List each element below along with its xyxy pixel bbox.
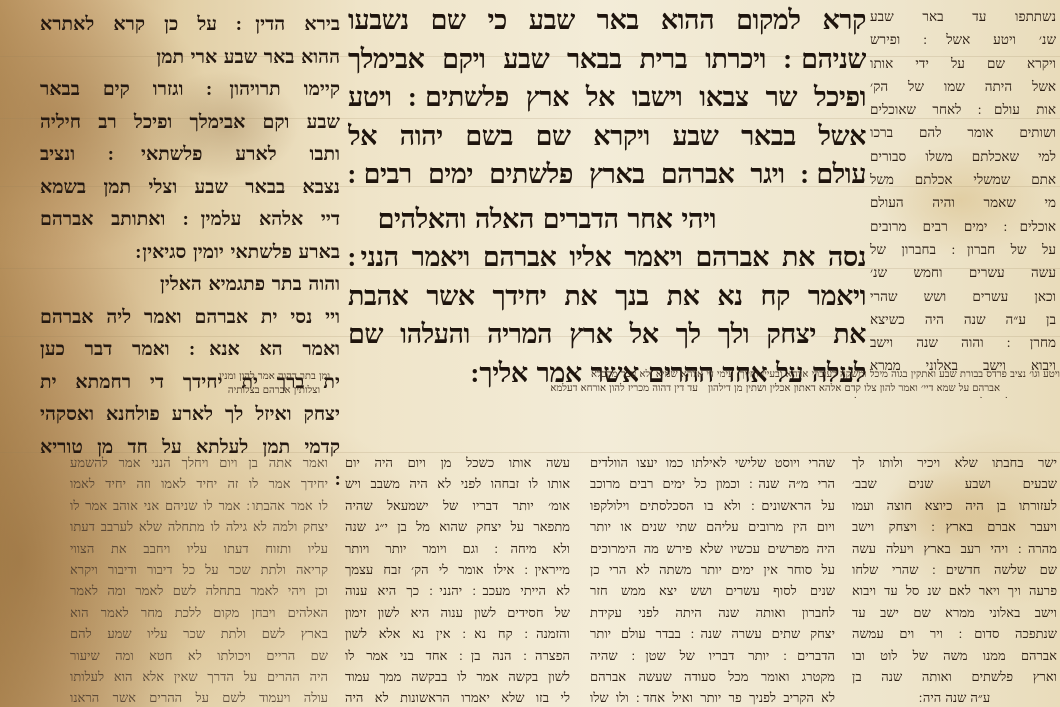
commentary-line: בארץ לשם ולתת שכר עליו שמע להם	[70, 624, 328, 645]
commentary-line: ויום הין מרובים עליהם שתי שנים או יותר	[590, 517, 835, 538]
targum-line: ותבו לארע פלשתאי ׃ ונציב	[40, 138, 340, 171]
commentary-line: לו אמר אהבתו ׃ אמר לו שניהם אני אוהב אמר…	[70, 496, 328, 517]
marginal-note: אברהם על שמא דיי׳ ואמר להון צלו קדם אלהא…	[708, 382, 1000, 396]
main-text-line: נסה את אברהם ויאמר אליו אברהם ויאמר הנני…	[348, 239, 866, 278]
commentary-line: וכאן עשרים ושש שהרי	[870, 286, 1056, 309]
commentary-line: שבעים ושבע שנים שבב׳	[852, 474, 1057, 495]
right-commentary-column: נשתתפו עד באר שבע שנ׳ ויטע אשל ׃ ופירש ו…	[870, 6, 1056, 379]
commentary-line: אברהם ממנו משה של לוט ובו	[852, 646, 1057, 667]
marginal-note: ויטע וגו׳ נציב פרדס בבורת שבע ואתקין בגו…	[740, 368, 1060, 382]
marginal-note: עימי די אלהא שמיא ולא עבר מקבלא	[591, 368, 734, 382]
commentary-line: מי שאמר והיה העולם	[870, 192, 1056, 215]
main-text-line: ויאמר קח נא את בנך את יחידך אשר אהבת	[348, 278, 866, 317]
commentary-line: עולה ויעמוד לשם על ההרים אשר הראנו	[70, 688, 328, 707]
commentary-line: ויקרא שם על ידי אותו	[870, 53, 1056, 76]
main-text-column: קרא למקום ההוא באר שבע כי שם נשבעו שניהם…	[348, 2, 866, 393]
commentary-line: ושותים אומר להם ברכו	[870, 122, 1056, 145]
commentary-line: פרעה ויך ויאר לאם שנ סל עד ויבוא	[852, 581, 1057, 602]
commentary-line: לא הקריב לפניך פר יותר ואיל אחד ׃ ולו של…	[590, 688, 835, 707]
commentary-line: של חסידים לשון ענוה היא לשון זימון	[345, 603, 570, 624]
marginal-note: ארץ המוריה ׃ טור מוריה ׃	[587, 396, 682, 398]
commentary-line: לי בזו שלא יאמרו הראשונות לא היה	[345, 688, 570, 707]
targum-line: ויי נסי ית אברהם ואמר ליה אברהם	[40, 301, 340, 334]
commentary-line: שנתפכה סדום ׃ ויר וים עמשה	[852, 624, 1057, 645]
bottom-commentary-column-2: שהרי ויוסט שלישי לאילתו כמו יעצו הוולדים…	[590, 453, 835, 707]
targum-line: יצחק ואיזל לך לארע פולחנא ואסקהי	[40, 398, 340, 431]
main-text-line: ופיכל שר צבאו וישבו אל ארץ פלשתים ׃ ויטע	[348, 79, 866, 118]
commentary-line: יחידך אמר לו זה יחיד לאמו וזה יחיד לאמו	[70, 474, 328, 495]
commentary-line: הדברים ׃ יותר דבריו של שטן ׃ שהיה	[590, 646, 835, 667]
main-text-line: אשל בבאר שבע ויקרא שם בשם יהוה אל	[348, 118, 866, 157]
marginal-note-band: ויטע וגו׳ נציב פרדס בבורת שבע ואתקין בגו…	[60, 368, 1060, 398]
commentary-line: שנ׳ ויטע אשל ׃ ופירש	[870, 29, 1056, 52]
commentary-line: אוכלים ׃ ימים רבים מרובים	[870, 216, 1056, 239]
commentary-line: קריאה ולתת שכר על כל דיבור ודיבור ויקרא	[70, 560, 328, 581]
commentary-line: ויעבר אברם בארץ ׃ ויצחק וישב	[852, 517, 1057, 538]
targum-line: דיי אלהא עלמין ׃ ואתותב אברהם	[40, 203, 340, 236]
commentary-line: שנים לסוף עשרים ושש יצא ממש חזר	[590, 581, 835, 602]
commentary-line: וכן ויהי לאמר בתחלה לשם לאמר ומה לאמר	[70, 581, 328, 602]
commentary-line: יצחק ולמה לא גילה לו מתחלה שלא לערבב דעת…	[70, 517, 328, 538]
targum-line: בארע פלשתאי יומין סגיאין ׃	[40, 236, 340, 269]
commentary-line: אות עולם ׃ לאחר שאוכלים	[870, 99, 1056, 122]
commentary-line: ולא מיחה ׃ וגם ויומר יותר ויותר	[345, 539, 570, 560]
commentary-line: ע״ה שנה היה ׃	[852, 688, 1057, 707]
targum-line: והוה בתר פתגמיא האלין	[40, 268, 340, 301]
targum-line: קיימו תרויהון ׃ וגזרו קים בבאר	[40, 73, 340, 106]
commentary-line: שהרי ויוסט שלישי לאילתו כמו יעצו הוולדים	[590, 453, 835, 474]
commentary-line: על של חברון ׃ בחברון של	[870, 239, 1056, 262]
commentary-line: על סוחר אין ימים יותר משתה לא הרי כן	[590, 560, 835, 581]
commentary-line: בן ע״ה שנה היה כשיצא	[870, 309, 1056, 332]
commentary-line: מתפאר על יצחק שהוא מל בן י״ג שנה	[345, 517, 570, 538]
main-text-line: ויהי אחר הדברים האלה והאלהים	[348, 195, 866, 240]
commentary-line: אשל היתה שמו של הק׳	[870, 76, 1056, 99]
commentary-line: יצחק שתים עשרה שנה ׃ בבדר עולם יותר	[590, 624, 835, 645]
commentary-line: לשון בקשה אמר לו בבקשה ממך עמוד	[345, 667, 570, 688]
commentary-line: וישב באלוני ממרא שם ישב עד	[852, 603, 1057, 624]
commentary-line: אתם שמשלי אכלתם משל	[870, 169, 1056, 192]
commentary-line: ישר בחבתו שלא ויכיר ולותו לך	[852, 453, 1057, 474]
targum-line: ואמר הא אנא ׃ ואמר דבר כען	[40, 333, 340, 366]
targum-line: שבע וקם אבימלך ופיכל רב חיליה	[40, 106, 340, 139]
commentary-line: והזמנה ׃ קח נא ׃ אין נא אלא לשון	[345, 624, 570, 645]
commentary-line: עשה אותו כשכל מן ויום היה יום	[345, 453, 570, 474]
targum-line: נצבא בבאר שבע וצלי תמן בשמא	[40, 171, 340, 204]
targum-line: ההוא באר שבע ארי תמן	[40, 41, 340, 74]
main-text-line: עולם ׃ ויגר אברהם בארץ פלשתים ימים רבים …	[348, 156, 866, 195]
bottom-commentary-column-1: ישר בחבתו שלא ויכיר ולותו לך שבעים ושבע …	[852, 453, 1057, 707]
commentary-line: שם הריים ויכולתו לא חטא ומה שיעור	[70, 646, 328, 667]
commentary-line: היה ההרים על הדרך שאין אלא הוא לעלותו	[70, 667, 328, 688]
commentary-line: עשה עשרים וחמש שנ׳	[870, 262, 1056, 285]
commentary-line: אותו לו זבחהו לפני לא היה משבב ויש	[345, 474, 570, 495]
commentary-line: שם שלשה חדשים ׃ שהרי שלחו	[852, 560, 1057, 581]
commentary-line: היה מפרשים עכשיו שלא פירש מה הימרוכים	[590, 539, 835, 560]
commentary-line: לעזורתו בן היה כיוצא חוצה ועמו	[852, 496, 1057, 517]
commentary-line: מהרה ׃ ויהי רעב בארץ ויעלה עשה	[852, 539, 1057, 560]
commentary-line: למי שאכלתם משלו סבורים	[870, 146, 1056, 169]
commentary-line: נשתתפו עד באר שבע	[870, 6, 1056, 29]
main-text-line: שניהם ׃ ויכרתו ברית בבאר שבע ויקם אבימלך	[348, 41, 866, 80]
marginal-note: וצלותין אברהם בצלותיה	[228, 384, 320, 398]
bottom-commentary-column-3: עשה אותו כשכל מן ויום היה יום אותו לו זב…	[345, 453, 570, 707]
commentary-line: עליו ותזוח דעתו עליו ויחבב את הצווי	[70, 539, 328, 560]
targum-column: בירא הדין ׃ על כן קרא לאתרא ההוא באר שבע…	[40, 8, 340, 496]
commentary-line: אומ׳ יותר דבריו של ישמעאל שהיה	[345, 496, 570, 517]
targum-line: בירא הדין ׃ על כן קרא לאתרא	[40, 8, 340, 41]
commentary-line: הרי מ״ה שנה ׃ וכמון כל ימים רבים מרוכב	[590, 474, 835, 495]
commentary-line: מחרן ׃ והוה שנה וישב	[870, 332, 1056, 355]
marginal-note: מיקרא דיי׳ אלהא עלמא ׃ ויהי ׃ והוה בתר פ…	[696, 396, 1060, 398]
commentary-line: על הראשונים ׃ ולא בו הסכלסתים וילולקפו	[590, 496, 835, 517]
commentary-line: מקטרג ואומר מכל סעודה שעשה אברהם	[590, 667, 835, 688]
marginal-note: עד דין דהוה מכריז להון אורחא דעלמא	[550, 382, 698, 396]
commentary-line: ואמר אתה בן ויום ויחלך הנני אמר להשמע	[70, 453, 328, 474]
commentary-line: וארץ פלשתים ואותה שנה בן	[852, 667, 1057, 688]
commentary-line: לא הייתי מעכב ׃ יהנני ׃ כך היא ענוה	[345, 581, 570, 602]
commentary-line: האלהים ויבחן מקום ללכת מחר לאמר הוא	[70, 603, 328, 624]
commentary-line: הפצרה ׃ הנה בן ׃ אחד בני אמר לו	[345, 646, 570, 667]
main-text-line: קרא למקום ההוא באר שבע כי שם נשבעו	[348, 2, 866, 41]
marginal-note: ומן בתר דהוה אמר להון ומנין	[219, 370, 330, 384]
commentary-line: מייראין ׃ אילו אומר לי הק׳ זבח עצמך	[345, 560, 570, 581]
main-text-line: את יצחק ולך לך אל ארץ המריה והעלהו שם	[348, 316, 866, 355]
bottom-commentary-column-4: ואמר אתה בן ויום ויחלך הנני אמר להשמע יח…	[70, 453, 328, 707]
commentary-line: לחברון ואותה שנה היתה לפני עקידת	[590, 603, 835, 624]
